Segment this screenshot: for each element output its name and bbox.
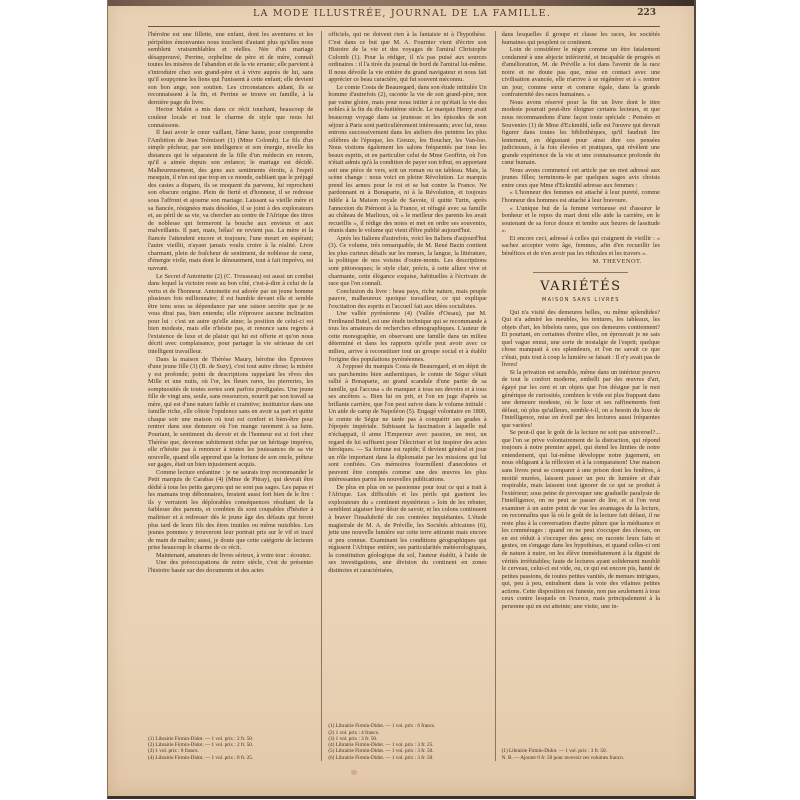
paragraph: De plus en plus on se passionne pour tou… (328, 484, 486, 575)
page-number: 223 (637, 8, 656, 18)
text-columns: l'héroïne est une fillette, une enfant, … (148, 31, 660, 761)
column-3: dans lesquelles il groupe et classe les … (495, 31, 660, 761)
paragraph: Dans la maison de Thérèse Maury, héroïne… (148, 356, 313, 469)
paragraph: Se peut-il que le goût de la lecture ne … (502, 429, 660, 610)
paragraph: Comme lecture enfantine : je ne saurais … (148, 469, 313, 552)
paragraph: Le comte Costa de Beauregard, dans son é… (328, 84, 486, 235)
review-conclusion: dans lesquelles il groupe et classe les … (502, 31, 660, 257)
column-2: officiels, qui ne doivent rien à la fant… (321, 31, 486, 761)
paragraph: Nous avons réservé pour la fin un livre … (502, 99, 660, 167)
author-signature: M. THEVENOT. (502, 258, 660, 266)
column-1: l'héroïne est une fillette, une enfant, … (148, 31, 313, 761)
paragraph: Une des préoccupations de notre siècle, … (148, 559, 313, 574)
paragraph: Maintenant, amateurs de livres sérieux, … (148, 552, 313, 560)
paragraph: l'héroïne est une fillette, une enfant, … (148, 31, 313, 106)
paragraph: Après les Italiens d'autrefois, voici le… (328, 235, 486, 288)
column-3-footnotes: (1) Librairie Firmin-Didot. — 1 vol. pri… (502, 748, 660, 761)
column-2-body: officiels, qui ne doivent rien à la fant… (328, 31, 486, 574)
footnote: (6) Librairie Firmin-Didot. — 1 vol. pri… (328, 755, 486, 761)
paper-stain (351, 770, 357, 775)
paragraph: officiels, qui ne doivent rien à la fant… (328, 31, 486, 84)
paragraph: Qui n'a visité des demeures belles, ou m… (502, 309, 660, 369)
section-subtitle: MAISON SANS LIVRES (502, 297, 660, 305)
section-title: VARIÉTÉS (502, 279, 660, 294)
journal-page: LA MODE ILLUSTRÉE, JOURNAL DE LA FAMILLE… (107, 0, 696, 799)
paragraph: dans lesquelles il groupe et classe les … (502, 31, 660, 46)
paragraph: « L'honneur des femmes est attaché à leu… (502, 189, 660, 204)
section-divider (533, 272, 628, 273)
paragraph: Nous avons commencé cet article par un m… (502, 167, 660, 190)
column-1-body: l'héroïne est une fillette, une enfant, … (148, 31, 313, 574)
footnote: N. B. — Ajouter 0 fr. 50 pour recevoir c… (502, 755, 660, 761)
running-head: LA MODE ILLUSTRÉE, JOURNAL DE LA FAMILLE… (148, 8, 656, 24)
header-rule (148, 26, 660, 27)
paragraph: « L'unique but de la femme vertueuse est… (502, 205, 660, 235)
paragraph: Le Secret d'Antoinette (2) (C. Trousseau… (148, 273, 313, 356)
paragraph: Et encore ceci, adressé à celles qui cra… (502, 235, 660, 258)
column-3-body: dans lesquelles il groupe et classe les … (502, 31, 660, 610)
running-title: LA MODE ILLUSTRÉE, JOURNAL DE LA FAMILLE… (253, 8, 551, 19)
paragraph: Une vallée pyrénéenne (4) (Vallée d'Ossa… (328, 310, 486, 363)
column-1-footnotes: (1) Librairie Firmin-Didot. — 1 vol. pri… (148, 736, 313, 761)
paragraph: Il faut avoir le cœur vaillant, l'âme ha… (148, 129, 313, 272)
column-2-footnotes: (1) Librairie Firmin-Didot. — 1 vol. pri… (328, 723, 486, 761)
footnote: (4) Librairie Firmin-Didot. — 1 vol. pri… (148, 755, 313, 761)
paragraph: Si la privation est sensible, même dans … (502, 369, 660, 429)
paragraph: Conclusion du livre : beau pays, riche n… (328, 288, 486, 311)
varietes-article: Qui n'a visité des demeures belles, ou m… (502, 309, 660, 611)
paragraph: Loin de considérer le nègre comme un êtr… (502, 46, 660, 99)
paragraph: A l'opposé du marquis Costa de Beauregar… (328, 363, 486, 484)
paragraph: Hector Malot a mis dans ce récit touchan… (148, 106, 313, 129)
